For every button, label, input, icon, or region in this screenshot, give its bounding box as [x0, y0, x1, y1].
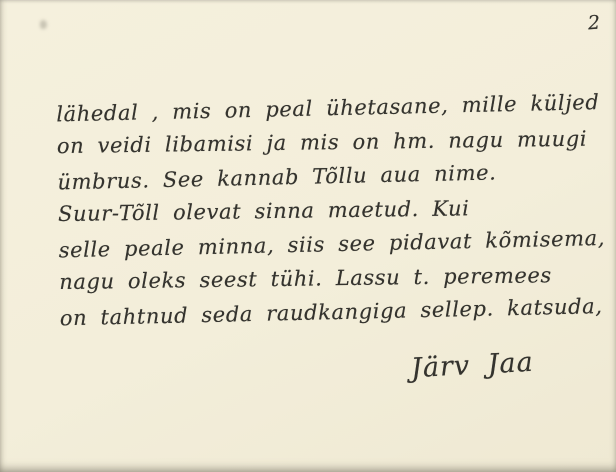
signature: Järv Jaa	[411, 347, 535, 384]
page-number: 2	[587, 12, 601, 35]
scanned-card: 2 lähedal , mis on peal ühetasane, mille…	[0, 0, 616, 472]
handwritten-text-block: lähedal , mis on peal ühetasane, mille k…	[56, 87, 590, 334]
paper-smudge	[40, 20, 47, 29]
